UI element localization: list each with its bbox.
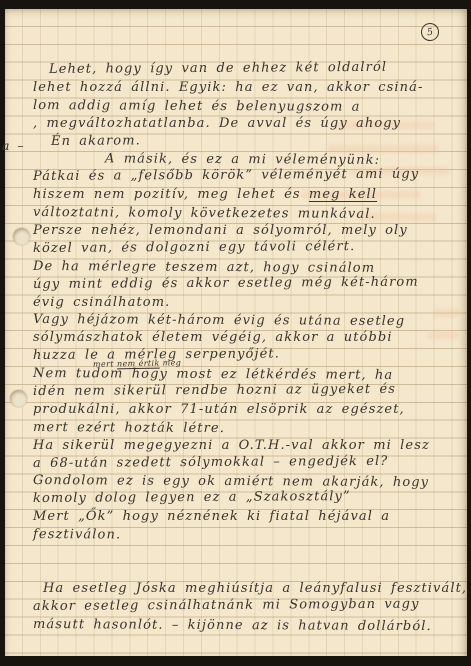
- handwritten-line: mert ezért hozták létre.: [33, 419, 467, 439]
- handwritten-line: komoly dolog legyen ez a „Szakosztály”: [33, 488, 467, 509]
- handwritten-line: Mert „Ők” hogy néznének ki fiatal héjáva…: [33, 508, 467, 526]
- handwritten-line: fesztiválon.: [33, 526, 467, 546]
- hole-punch-top: [13, 228, 30, 245]
- page-number-badge: 5: [420, 22, 440, 42]
- hole-punch-bottom: [10, 390, 27, 407]
- handwritten-line: huzza le a mérleg serpenyőjét.: [33, 345, 467, 366]
- handwritten-line: Vagy héjázom két-három évig és utána ese…: [33, 311, 467, 331]
- handwritten-line: évig csinálhatom.: [33, 294, 467, 312]
- handwritten-line: lehet hozzá állni. Egyik: ha ez van, akk…: [33, 79, 467, 97]
- handwriting-lines: Lehet, hogy így van de ehhez két oldalró…: [33, 61, 467, 634]
- handwritten-line: idén nem sikerül rendbe hozni az ügyeket…: [33, 380, 467, 401]
- handwritten-line: Én akarom.: [33, 130, 467, 151]
- paper-page: 5 a – mert nem értik meg Lehet, hogy így…: [5, 9, 467, 656]
- handwritten-line: a 68-után szedett sólymokkal – engedjék …: [33, 452, 467, 473]
- handwritten-line: másutt hasonlót. – kijönne az is hatvan …: [33, 616, 467, 636]
- margin-note: a –: [2, 138, 26, 153]
- handwritten-line: akkor esetleg csinálhatnánk mi Somogyban…: [33, 595, 467, 616]
- handwritten-line: hiszem nem pozitív, meg lehet és meg kel…: [33, 186, 467, 204]
- handwritten-line: lom addig amíg lehet és belenyugszom a: [33, 97, 467, 117]
- handwritten-line: Pátkai és a „felsőbb körök” véleményét a…: [33, 166, 467, 187]
- handwritten-line: úgy mint eddig és akkor esetleg még két-…: [33, 273, 467, 294]
- handwritten-line: változtatni, komoly következetes munkáva…: [33, 204, 467, 224]
- handwritten-line: közel van, és dolgozni egy távoli célért…: [33, 237, 467, 258]
- handwritten-line: Lehet, hogy így van de ehhez két oldalró…: [33, 58, 467, 79]
- page-number: 5: [426, 26, 434, 38]
- scanned-document: 5 a – mert nem értik meg Lehet, hogy így…: [0, 0, 471, 666]
- handwritten-line: produkálni, akkor 71-után elsöprik az eg…: [33, 401, 467, 419]
